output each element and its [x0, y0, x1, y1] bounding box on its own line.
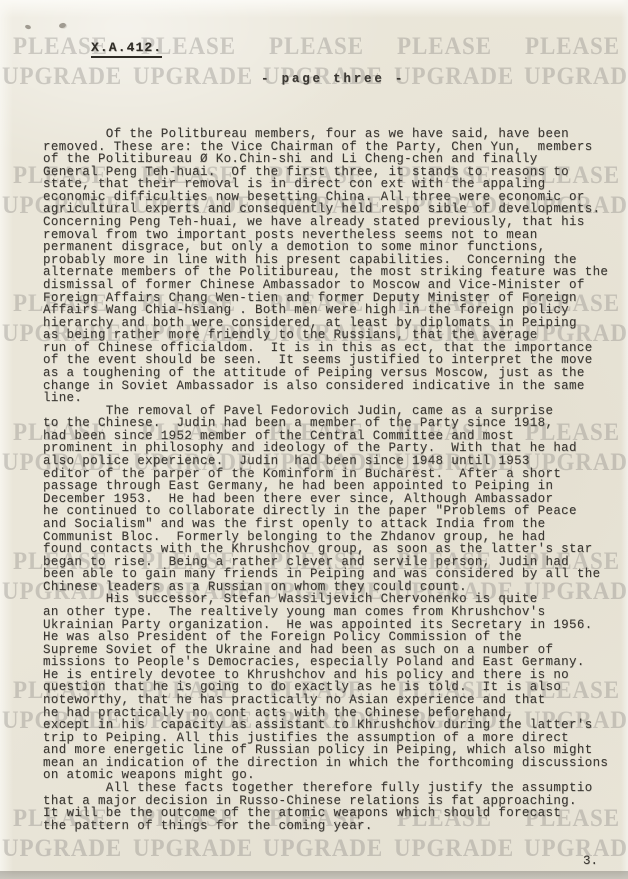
document-line: of the Politibureau Ø Ko.Chin-shi and Li… [43, 153, 608, 166]
paper-speck [24, 24, 31, 30]
upgrade-watermark-text: UPGRADE [2, 64, 122, 89]
document-line: and Socialism" and was the first openly … [43, 518, 608, 531]
document-line: to the Chinese. Judin had been a member … [43, 417, 608, 430]
document-line: as a toughening of the attitude of Peipi… [43, 367, 608, 380]
document-line: He was also President of the Foreign Pol… [43, 631, 608, 644]
document-line: line. [43, 392, 608, 405]
document-line: It will be the outcome of the atomic wea… [43, 807, 608, 820]
scan-edge-right [621, 0, 628, 879]
scan-edge-top [0, 0, 628, 18]
upgrade-watermark-text: UPGRADE [394, 64, 514, 89]
document-line: an other type. The realtively young man … [43, 606, 608, 619]
paper-speck [58, 22, 66, 29]
upgrade-watermark-text: UPGRADE [524, 836, 628, 861]
page-header-label: - page three - [261, 72, 405, 86]
document-line: Affairs Wang Chia-hsiang . Both men were… [43, 304, 608, 317]
document-line: missions to People's Democracies, especi… [43, 656, 608, 669]
please-watermark-text: PLEASE [397, 34, 492, 59]
document-reference: X.A.412. [91, 40, 162, 58]
document-line: found contacts with the Khrushchov group… [43, 543, 608, 556]
upgrade-watermark-text: UPGRADE [263, 836, 383, 861]
upgrade-watermark-text: UPGRADE [2, 836, 122, 861]
please-watermark-text: PLEASE [525, 34, 620, 59]
upgrade-watermark-text: UPGRADE [133, 64, 253, 89]
scanned-document-page: PLEASEPLEASEPLEASEPLEASEPLEASEUPGRADEUPG… [0, 0, 628, 879]
upgrade-watermark-row: UPGRADEUPGRADEUPGRADEUPGRADEUPGRADE [2, 836, 628, 861]
document-line: as being rather more friendly to the Rus… [43, 329, 608, 342]
document-body: Of the Politbureau members, four as we h… [43, 128, 608, 832]
upgrade-watermark-text: UPGRADE [133, 836, 253, 861]
document-line: Concerning Peng Teh-huai, we have alread… [43, 216, 608, 229]
document-line: passage through East Germany, he had bee… [43, 480, 608, 493]
scan-edge-left [0, 0, 13, 879]
document-line: state, that their removal is in direct c… [43, 178, 608, 191]
page-number: 3. [583, 854, 598, 868]
document-line: except in his capacity as assistant to K… [43, 719, 608, 732]
document-line: change in Soviet Ambassador is also cons… [43, 380, 608, 393]
document-line: been able to gain many friends in Peipin… [43, 568, 608, 581]
document-line: the pattern of things for the coming yea… [43, 820, 608, 833]
upgrade-watermark-text: UPGRADE [524, 64, 628, 89]
document-line: All these facts together therefore fully… [43, 782, 608, 795]
document-line: also police experience. Judin had been s… [43, 455, 608, 468]
document-line: Of the Politbureau members, four as we h… [43, 128, 608, 141]
please-watermark-text: PLEASE [269, 34, 364, 59]
document-line: permanent disgrace, but only a demotion … [43, 241, 608, 254]
document-line: dismissal of former Chinese Ambassador t… [43, 279, 608, 292]
upgrade-watermark-text: UPGRADE [394, 836, 514, 861]
scan-edge-bottom [0, 871, 628, 879]
document-line: noteworthy, that he has practically no A… [43, 694, 608, 707]
